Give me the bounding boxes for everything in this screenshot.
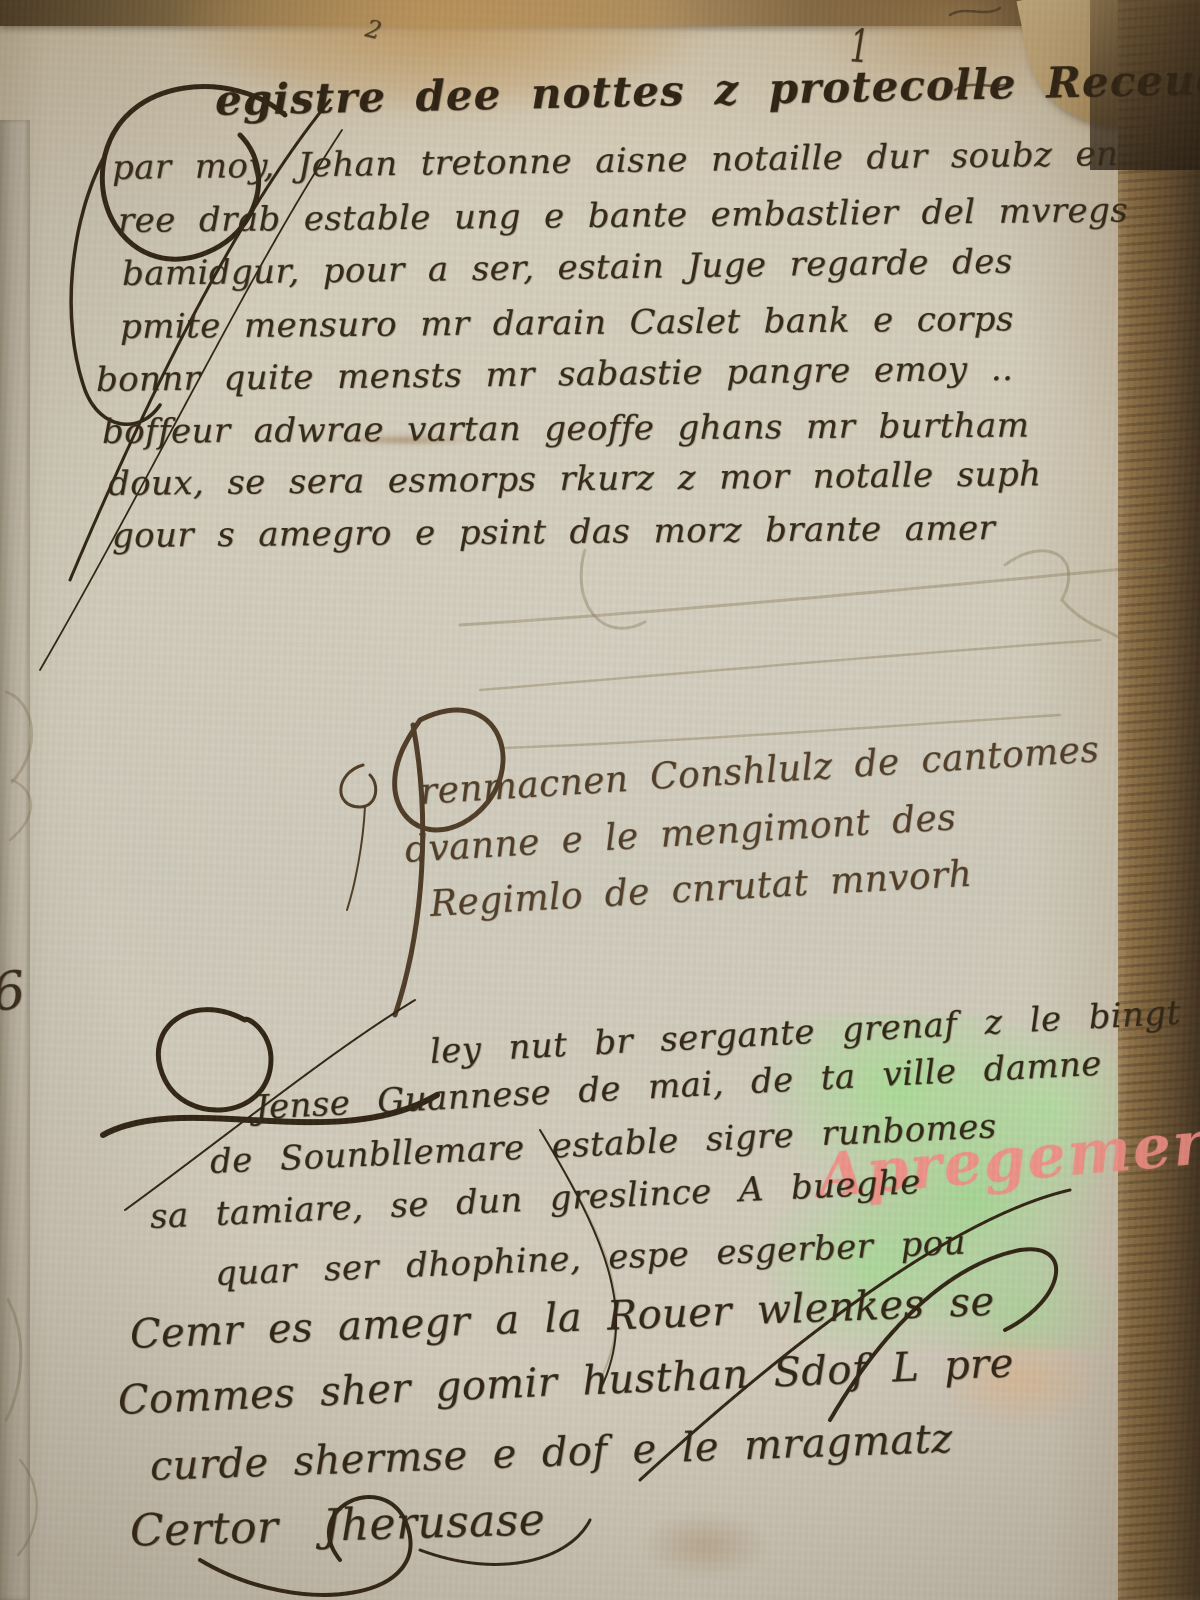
manuscript-line: pmite mensuro mr darain Caslet bank e co…	[120, 299, 1014, 347]
manuscript-line: gour s amegro e psint das morz brante am…	[112, 508, 996, 556]
manuscript-photo: Apregemere 2 1 6 egistre dee nottes z pr…	[0, 0, 1200, 1600]
manuscript-line: boffeur adwrae vartan geoffe ghans mr bu…	[102, 406, 1030, 452]
